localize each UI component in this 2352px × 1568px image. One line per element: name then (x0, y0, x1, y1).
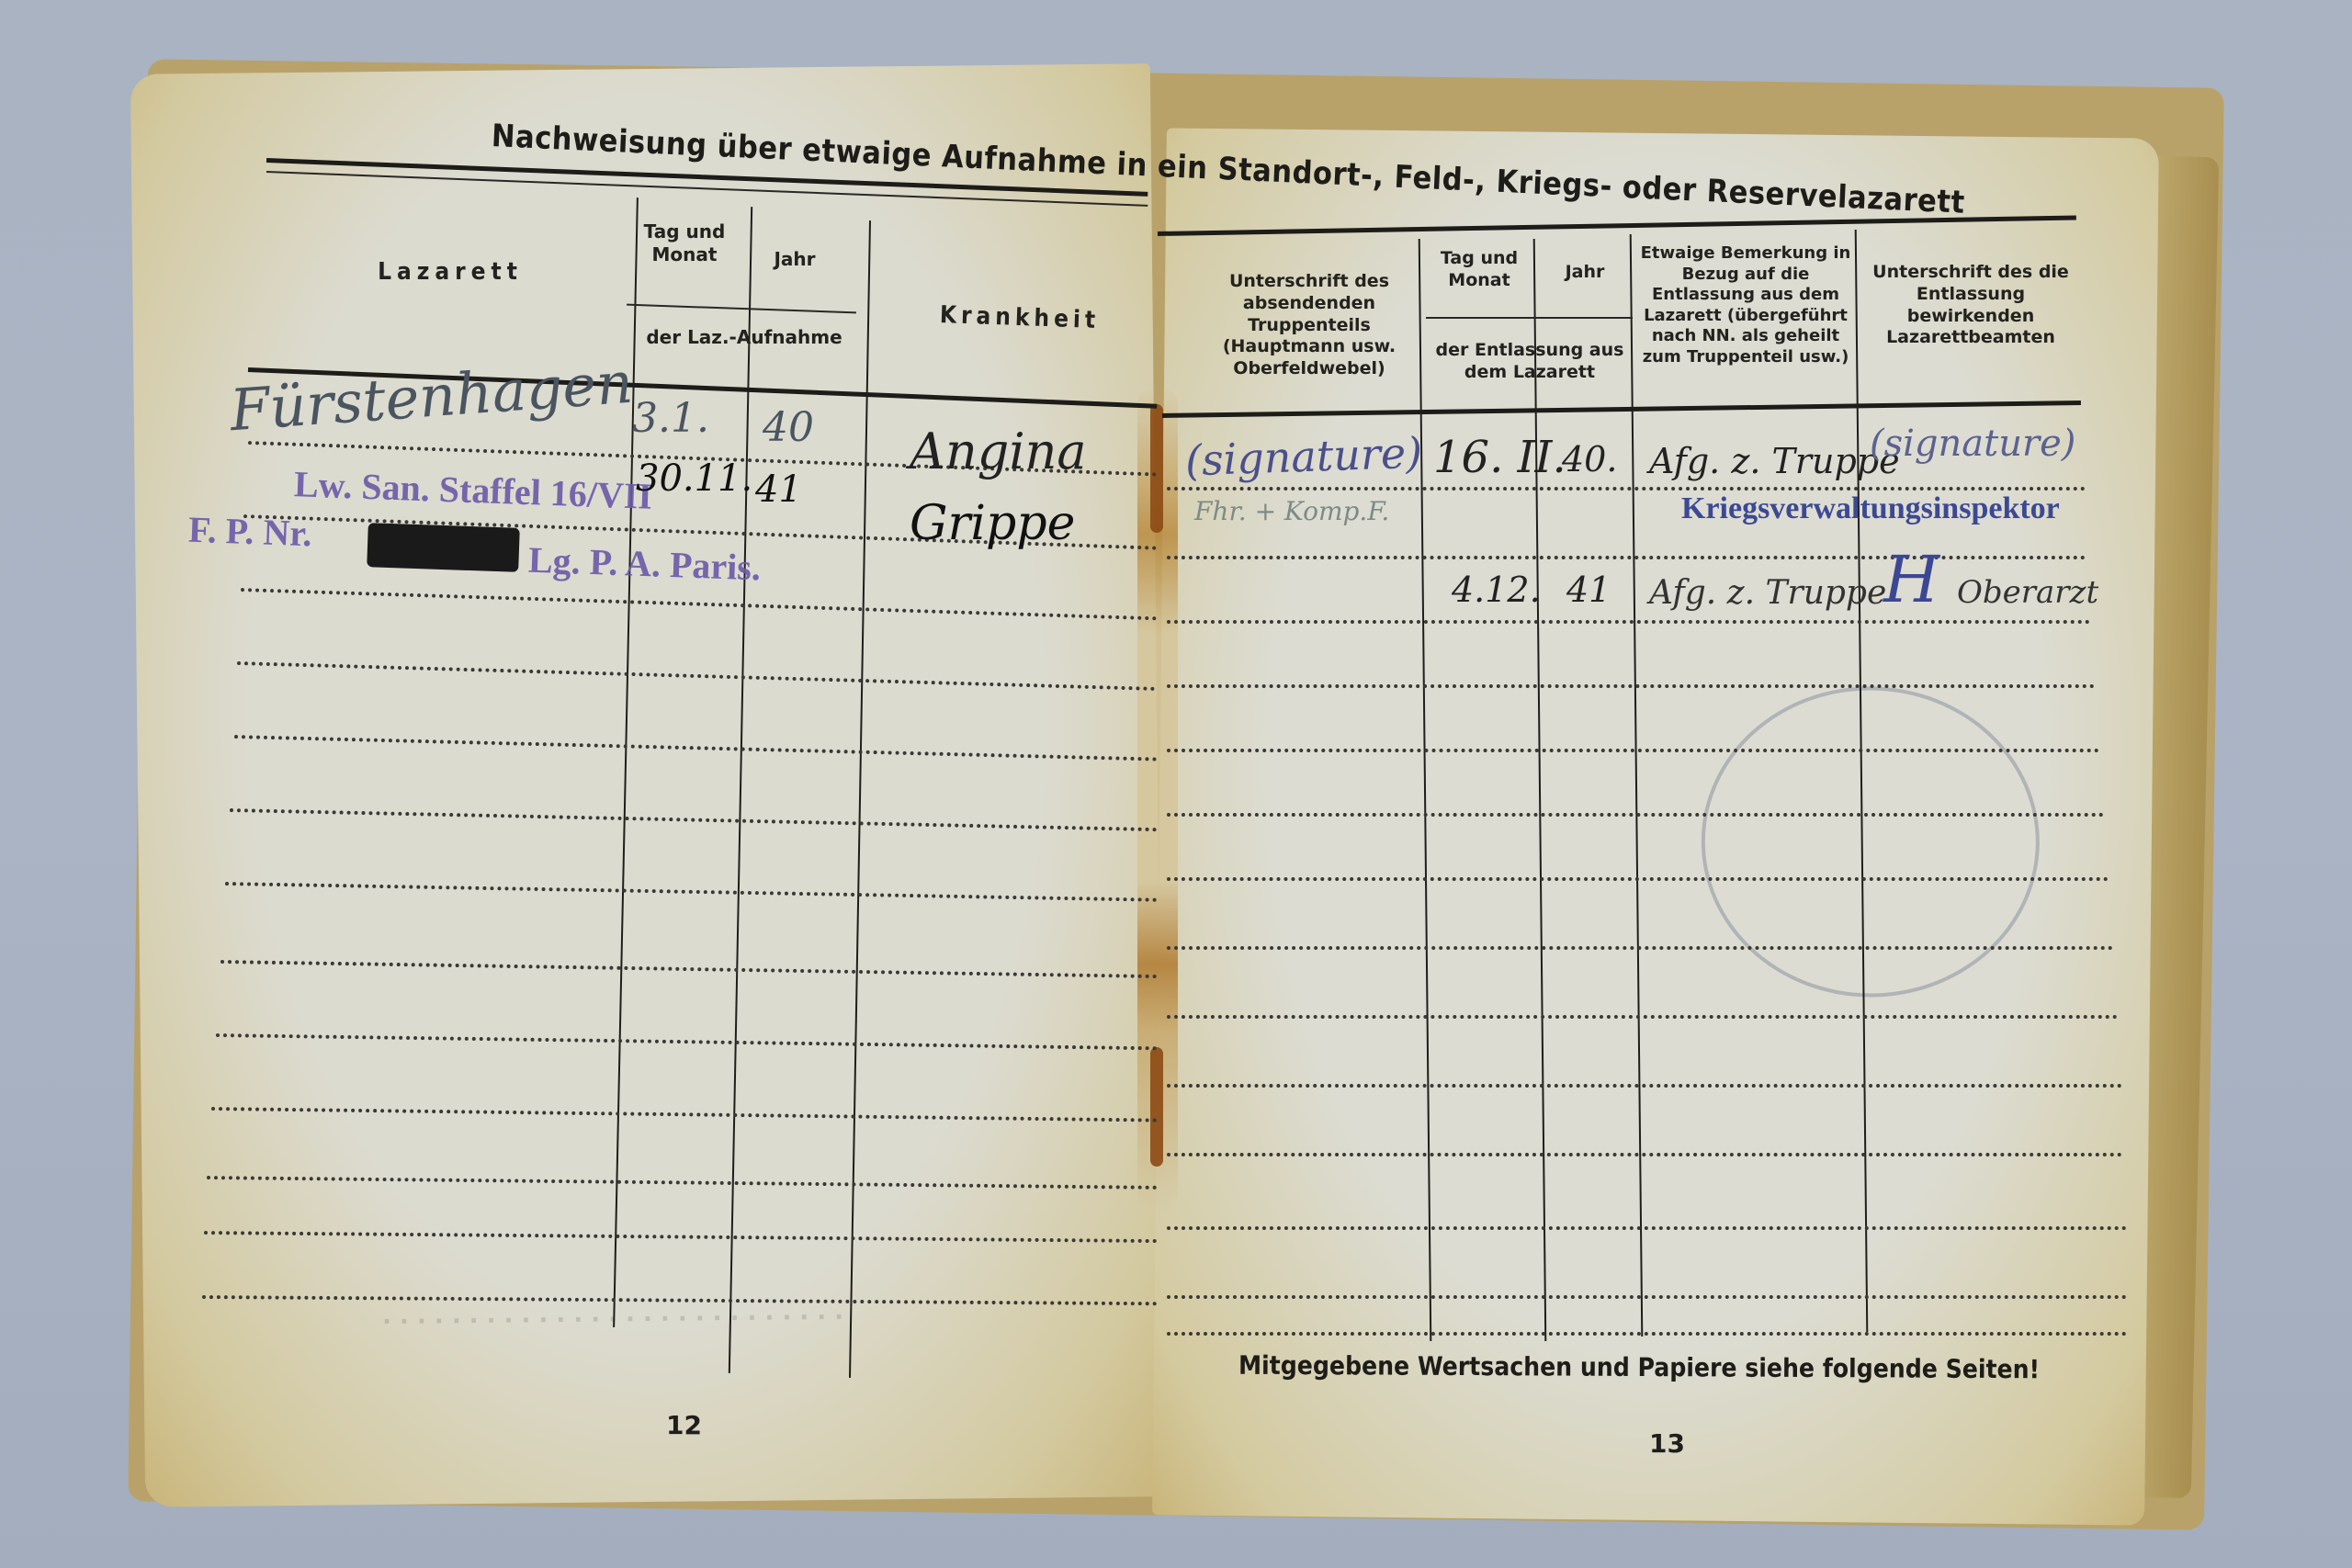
entry2-signature-official: Oberarzt (1957, 574, 2098, 611)
entry1-remark: Afg. z. Truppe (1649, 441, 1900, 481)
row-line (1167, 749, 2099, 752)
staple-rust-bottom (1150, 1047, 1163, 1167)
entry1-signature-official: (signature) (1870, 423, 2075, 465)
row-line (1167, 946, 2113, 950)
entry1-krankheit: Angina (910, 423, 1087, 480)
row-line (1167, 1226, 2127, 1230)
entry2-lazarett-stamp-prefix: F. P. Nr. (187, 508, 312, 556)
entry1-admission-day-month: 3.1. (632, 395, 709, 442)
page-number-right: 13 (1649, 1428, 1685, 1459)
row-line (1167, 556, 2086, 559)
entry1-discharge-year: 40. (1562, 439, 1617, 479)
row-line (1167, 877, 2109, 881)
row-line (1167, 620, 2090, 624)
col-header-lazarett: Lazarett (340, 257, 560, 288)
entry2-krankheit: Grippe (910, 496, 1075, 551)
col-header-signature-official: Unterschrift des die Entlassung bewirken… (1865, 262, 2076, 349)
entry2-lazarett-stamp-suffix: Lg. P. A. Paris. (527, 538, 761, 590)
col-header-remark: Etwaige Bemerkung in Bezug auf die Entla… (1635, 243, 1856, 367)
row-line (1167, 813, 2104, 817)
header-subrule (1426, 317, 1633, 319)
col-header-discharge-day-month: Tag und Monat (1429, 248, 1530, 292)
col-header-admission-year: Jahr (749, 248, 841, 271)
redacted-field-post-number (367, 523, 520, 572)
row-line (1167, 1015, 2118, 1019)
entry2-admission-year: 41 (755, 468, 802, 511)
entry1-signature-unit: (signature) (1184, 428, 1423, 486)
left-page: . . . . . . . . . . . . . . . . . . . . … (130, 63, 1165, 1507)
row-line (1167, 487, 2086, 491)
entry1-admission-year: 40 (763, 404, 814, 451)
staple-rust-top (1150, 404, 1163, 533)
footer-note: Mitgegebene Wertsachen und Papiere siehe… (1238, 1350, 2040, 1385)
row-line (1167, 1295, 2127, 1299)
row-line (1167, 1153, 2122, 1156)
entry2-admission-day-month: 30.11. (636, 457, 752, 500)
col-header-admission-group: der Laz.-Aufnahme (634, 326, 854, 349)
entry2-remark: Afg. z. Truppe (1649, 574, 1886, 612)
row-line (1167, 1332, 2127, 1336)
entry2-discharge-day-month: 4.12. (1452, 570, 1541, 610)
row-line (1167, 684, 2095, 688)
entry2-initial-mark: H (1883, 542, 1939, 617)
col-header-discharge-year: Jahr (1543, 262, 1626, 284)
col-header-signature-unit: Unterschrift des absendenden Truppenteil… (1204, 271, 1415, 380)
entry1-discharge-day-month: 16. II. (1433, 432, 1566, 483)
entry1-official-stamp: Kriegsverwaltungsinspektor (1681, 491, 2060, 526)
page-number-left: 12 (666, 1410, 702, 1440)
entry2-discharge-year: 41 (1566, 570, 1611, 610)
row-line (1167, 1084, 2122, 1088)
col-header-admission-day-month: Tag und Monat (634, 220, 735, 266)
col-header-discharge-group: der Entlassung aus dem Lazarett (1429, 340, 1631, 384)
entry1-signature-unit-note: Fhr. + Komp.F. (1194, 496, 1389, 526)
round-official-stamp (1700, 685, 2041, 999)
